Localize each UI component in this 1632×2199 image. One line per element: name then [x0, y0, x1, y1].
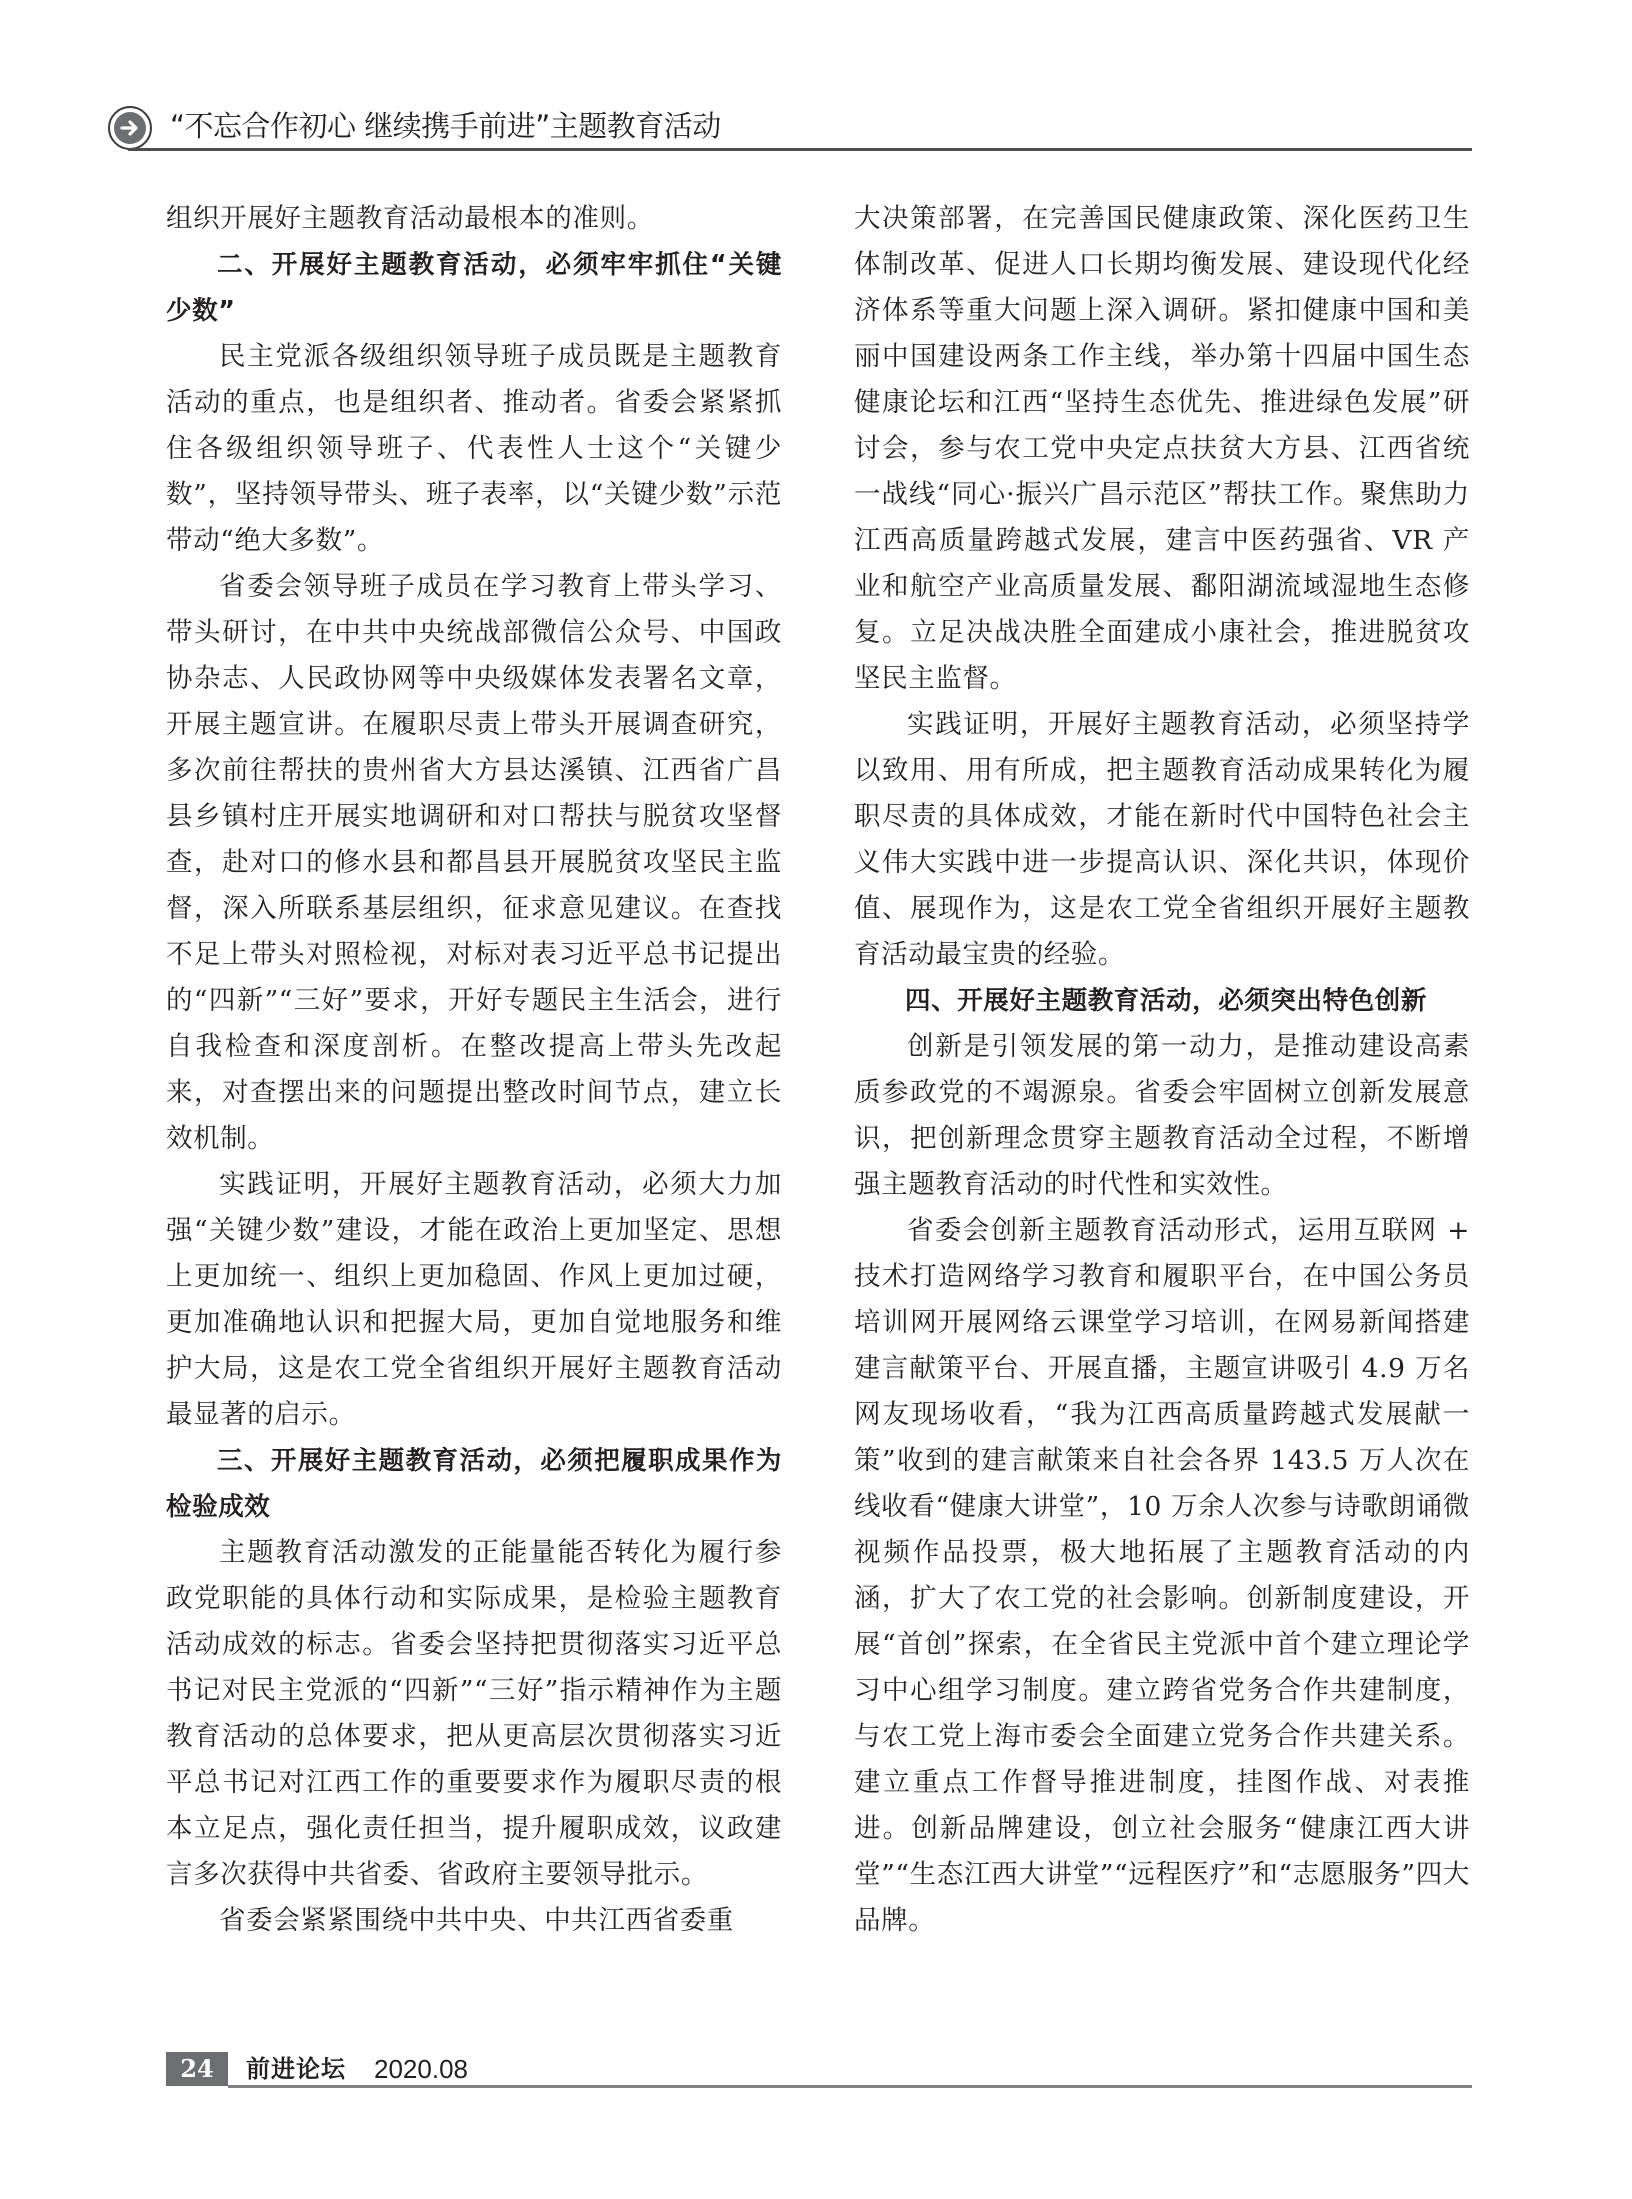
section-title: “不忘合作初心 继续携手前进”主题教育活动: [170, 106, 721, 146]
left-column: 组织开展好主题教育活动最根本的准则。 二、开展好主题教育活动，必须牢牢抓住“关键…: [166, 196, 782, 1944]
section-heading-4: 四、开展好主题教育活动，必须突出特色创新: [854, 978, 1470, 1024]
right-column: 大决策部署，在完善国民健康政策、深化医药卫生体制改革、促进人口长期均衡发展、建设…: [854, 196, 1470, 1944]
paragraph: 大决策部署，在完善国民健康政策、深化医药卫生体制改革、促进人口长期均衡发展、建设…: [854, 196, 1470, 702]
running-footer: 24 前进论坛 2020.08: [166, 2052, 1472, 2088]
section-heading-3: 三、开展好主题教育活动，必须把履职成果作为检验成效: [166, 1438, 782, 1530]
footer-divider: [228, 2085, 1472, 2088]
running-header: “不忘合作初心 继续携手前进”主题教育活动: [108, 106, 1472, 150]
page-number: 24: [166, 2052, 228, 2086]
section-heading-2: 二、开展好主题教育活动，必须牢牢抓住“关键少数”: [166, 242, 782, 334]
magazine-name: 前进论坛: [246, 2052, 346, 2086]
paragraph: 民主党派各级组织领导班子成员既是主题教育活动的重点，也是组织者、推动者。省委会紧…: [166, 334, 782, 564]
paragraph: 实践证明，开展好主题教育活动，必须坚持学以致用、用有所成，把主题教育活动成果转化…: [854, 702, 1470, 978]
paragraph: 省委会领导班子成员在学习教育上带头学习、带头研讨，在中共中央统战部微信公众号、中…: [166, 564, 782, 1162]
paragraph: 省委会紧紧围绕中共中央、中共江西省委重: [166, 1898, 782, 1944]
paragraph: 创新是引领发展的第一动力，是推动建设高素质参政党的不竭源泉。省委会牢固树立创新发…: [854, 1024, 1470, 1208]
paragraph: 实践证明，开展好主题教育活动，必须大力加强“关键少数”建设，才能在政治上更加坚定…: [166, 1162, 782, 1438]
arrow-right-circle-icon: [108, 106, 152, 150]
paragraph: 主题教育活动激发的正能量能否转化为履行参政党职能的具体行动和实际成果，是检验主题…: [166, 1530, 782, 1898]
paragraph: 组织开展好主题教育活动最根本的准则。: [166, 196, 782, 242]
issue-date: 2020.08: [374, 2052, 468, 2086]
paragraph: 省委会创新主题教育活动形式，运用互联网 + 技术打造网络学习教育和履职平台，在中…: [854, 1208, 1470, 1944]
header-divider: [128, 148, 1472, 151]
